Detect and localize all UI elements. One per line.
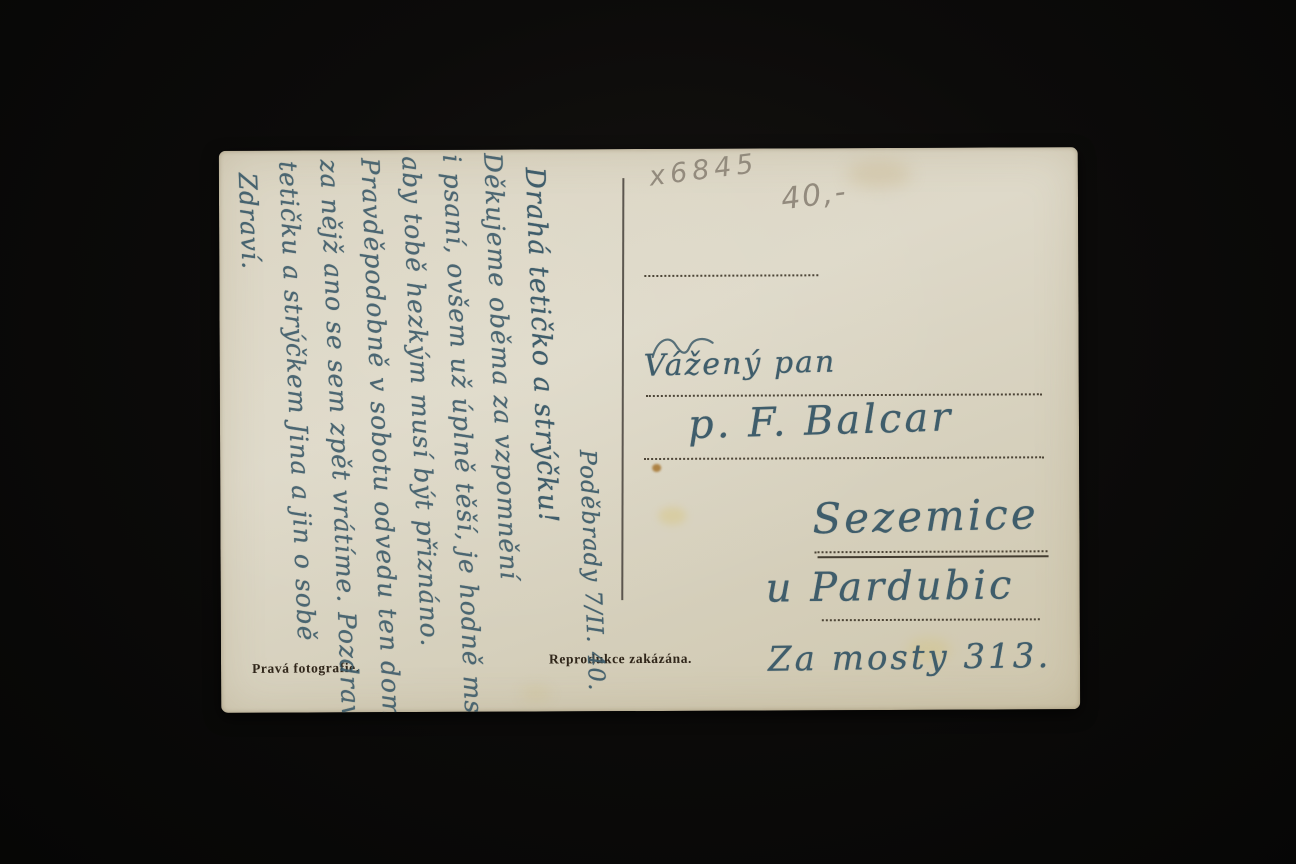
address-name: p. F. Balcar xyxy=(687,394,954,448)
sezemice-underline xyxy=(818,555,1049,558)
yellow-stain xyxy=(658,507,686,525)
center-divider-line xyxy=(621,178,624,600)
address-street: Za mosty 313. xyxy=(768,636,1052,680)
address-rule xyxy=(822,618,1040,621)
address-rule xyxy=(644,274,818,277)
pencil-catalog-number: x6845 xyxy=(647,148,760,193)
foxing-stain xyxy=(847,160,911,188)
address-rule xyxy=(646,393,1042,397)
postcard: Pravá fotografie. Reprodukce zakázána. x… xyxy=(219,147,1080,713)
address-district: u Pardubic xyxy=(765,562,1014,611)
pencil-price: 40,- xyxy=(779,174,849,217)
address-honorific: Vážený pan xyxy=(643,345,836,384)
address-rule xyxy=(815,550,1048,553)
address-rule xyxy=(644,456,1044,460)
handwritten-message: Poděbrady 7/II. 40. Drahá tetičko a strý… xyxy=(225,149,616,713)
rust-stain xyxy=(652,464,661,472)
address-town: Sezemice xyxy=(812,489,1039,543)
photo-background: Pravá fotografie. Reprodukce zakázána. x… xyxy=(0,0,1296,864)
